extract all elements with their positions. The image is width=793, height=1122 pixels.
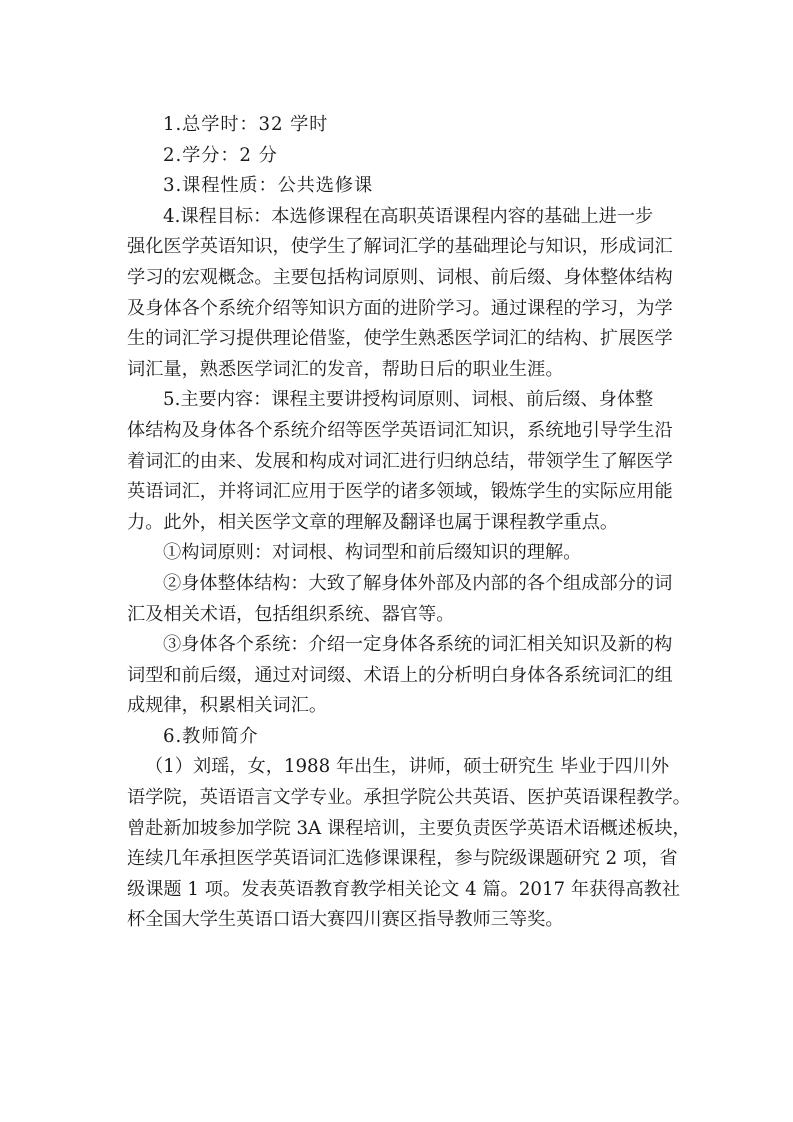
sub-item-body-systems: ③身体各个系统：介绍一定身体各系统的词汇相关知识及新的构 词型和前后缀，通过对词… <box>127 630 672 722</box>
text-line: ③身体各个系统：介绍一定身体各系统的词汇相关知识及新的构 <box>127 630 672 661</box>
text-line: 曾赴新加坡参加学院 3A 课程培训，主要负责医学英语术语概述板块， <box>127 814 672 845</box>
text-line: 成规律，积累相关词汇。 <box>127 691 672 722</box>
text-line: 4.课程目标：本选修课程在高职英语课程内容的基础上进一步 <box>127 202 672 233</box>
main-content-paragraph: 5.主要内容：课程主要讲授构词原则、词根、前后缀、身体整 体结构及身体各个系统介… <box>127 385 672 538</box>
text-line: ②身体整体结构：大致了解身体外部及内部的各个组成部分的词 <box>127 569 672 600</box>
text-line: ①构词原则：对词根、构词型和前后缀知识的理解。 <box>127 538 672 569</box>
text-line: 语学院，英语语言文学专业。承担学院公共英语、医护英语课程教学。 <box>127 783 672 814</box>
item-total-hours: 1.总学时：32 学时 <box>127 110 672 141</box>
teacher-bio-paragraph: （1）刘瑶，女，1988 年出生，讲师，硕士研究生 毕业于四川外 语学院，英语语… <box>127 752 672 936</box>
text-line: 词型和前后缀，通过对词缀、术语上的分析明白身体各系统词汇的组 <box>127 661 672 692</box>
sub-item-word-formation: ①构词原则：对词根、构词型和前后缀知识的理解。 <box>127 538 672 569</box>
text-line: 英语词汇，并将词汇应用于医学的诸多领域，锻炼学生的实际应用能 <box>127 477 672 508</box>
text-line: 汇及相关术语，包括组织系统、器官等。 <box>127 600 672 631</box>
text-line: 着词汇的由来、发展和构成对词汇进行归纳总结，带领学生了解医学 <box>127 447 672 478</box>
sub-item-body-structure: ②身体整体结构：大致了解身体外部及内部的各个组成部分的词 汇及相关术语，包括组织… <box>127 569 672 630</box>
text-line: 5.主要内容：课程主要讲授构词原则、词根、前后缀、身体整 <box>127 385 672 416</box>
text-line: 级课题 1 项。发表英语教育教学相关论文 4 篇。2017 年获得高教社 <box>127 875 672 906</box>
text-line: 学习的宏观概念。主要包括构词原则、词根、前后缀、身体整体结构 <box>127 263 672 294</box>
text-line: 强化医学英语知识，使学生了解词汇学的基础理论与知识，形成词汇 <box>127 232 672 263</box>
document-page: 1.总学时：32 学时 2.学分：2 分 3.课程性质：公共选修课 4.课程目标… <box>127 110 672 936</box>
text-line: 体结构及身体各个系统介绍等医学英语词汇知识，系统地引导学生沿 <box>127 416 672 447</box>
item-course-type: 3.课程性质：公共选修课 <box>127 171 672 202</box>
item-credits: 2.学分：2 分 <box>127 141 672 172</box>
text-line: 力。此外，相关医学文章的理解及翻译也属于课程教学重点。 <box>127 508 672 539</box>
text-line: 连续几年承担医学英语词汇选修课课程，参与院级课题研究 2 项，省 <box>127 844 672 875</box>
text-line: 及身体各个系统介绍等知识方面的进阶学习。通过课程的学习，为学 <box>127 294 672 325</box>
text-line: 词汇量，熟悉医学词汇的发音，帮助日后的职业生涯。 <box>127 355 672 386</box>
teacher-heading: 6.教师简介 <box>127 722 672 753</box>
course-goal-paragraph: 4.课程目标：本选修课程在高职英语课程内容的基础上进一步 强化医学英语知识，使学… <box>127 202 672 386</box>
text-line: 杯全国大学生英语口语大赛四川赛区指导教师三等奖。 <box>127 905 672 936</box>
text-line: 生的词汇学习提供理论借鉴，使学生熟悉医学词汇的结构、扩展医学 <box>127 324 672 355</box>
text-line: （1）刘瑶，女，1988 年出生，讲师，硕士研究生 毕业于四川外 <box>127 752 672 783</box>
